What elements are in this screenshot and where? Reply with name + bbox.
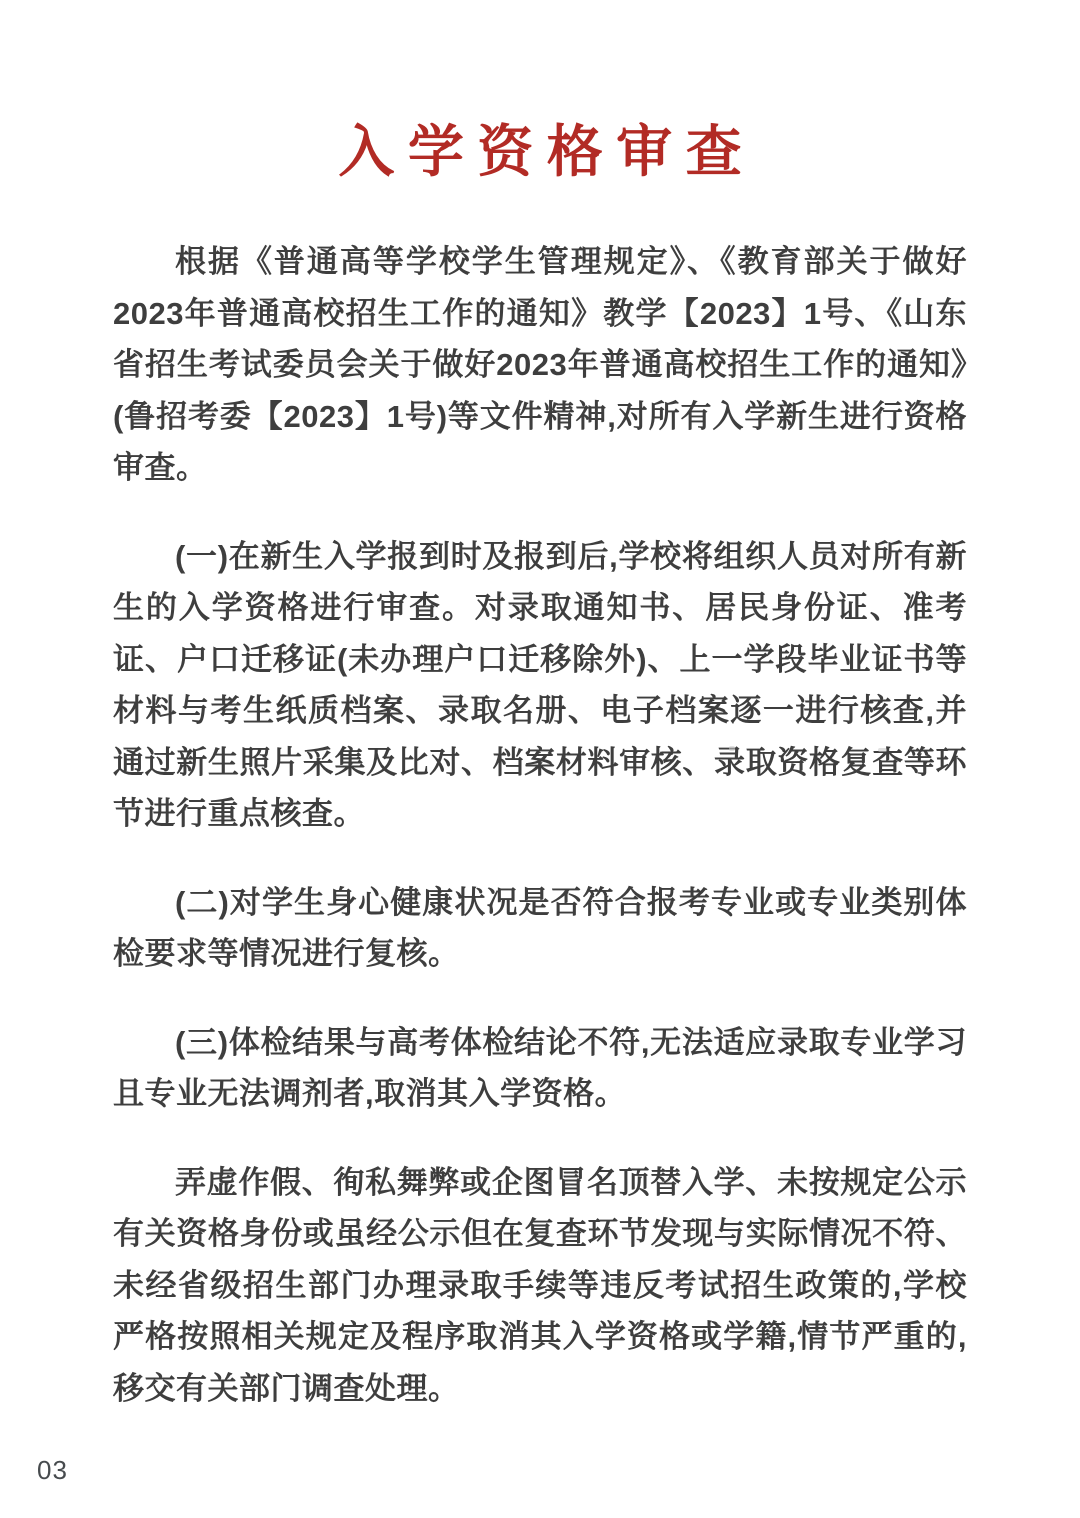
scan-artifact: [729, 746, 735, 751]
paragraph: 根据《普通高等学校学生管理规定》、《教育部关于做好2023年普通高校招生工作的通…: [113, 236, 967, 494]
scan-artifact: [878, 748, 887, 752]
paragraph: 弄虚作假、徇私舞弊或企图冒名顶替入学、未按规定公示有关资格身份或虽经公示但在复查…: [113, 1157, 967, 1415]
paragraph: (三)体检结果与高考体检结论不符,无法适应录取专业学习且专业无法调剂者,取消其入…: [113, 1017, 967, 1120]
page-number: 03: [37, 1455, 68, 1486]
page-title: 入学资格审查: [113, 112, 967, 192]
document-body: 根据《普通高等学校学生管理规定》、《教育部关于做好2023年普通高校招生工作的通…: [113, 236, 967, 1414]
document-page: 入学资格审查 根据《普通高等学校学生管理规定》、《教育部关于做好2023年普通高…: [0, 0, 1080, 1518]
paragraph: (二)对学生身心健康状况是否符合报考专业或专业类别体检要求等情况进行复核。: [113, 877, 967, 980]
paragraph: (一)在新生入学报到时及报到后,学校将组织人员对所有新生的入学资格进行审查。对录…: [113, 531, 967, 840]
